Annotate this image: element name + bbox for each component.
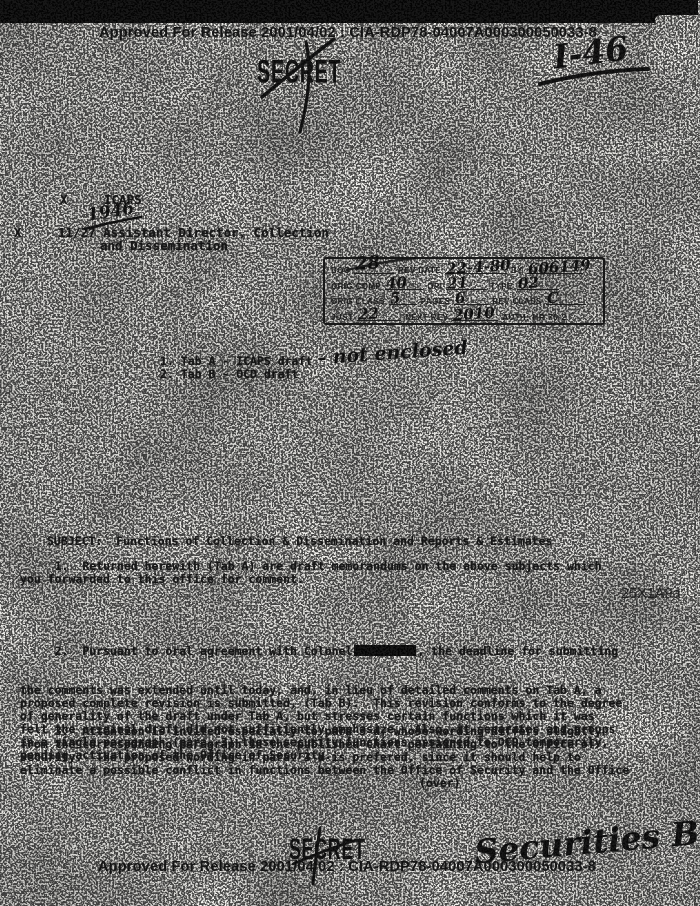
stamp-value-auth: HR 70-2: [532, 312, 566, 322]
scanner-bar-notch: [655, 15, 700, 25]
routing-checkmark-1: X: [60, 193, 68, 206]
enclosure-list: 1. Tab A - ICAPS draft 2. Tab B - OCD dr…: [160, 355, 312, 381]
stamp-line-opi: 21: [446, 279, 486, 290]
stamp-label-just: JUST: [331, 313, 353, 322]
stamp-label-auth: AUTH:: [502, 313, 529, 322]
scan-fold-line: [653, 140, 654, 840]
stamp-label-orig-comp: ORIG COMP: [331, 282, 381, 291]
stamp-label-rev-class: REV CLASS: [492, 297, 541, 306]
stamp-line-orig-class: 5: [389, 294, 417, 305]
scan-edge-line: [694, 320, 696, 906]
release-stamp-top: Approved For Release 2001/04/02 : CIA-RD…: [99, 25, 597, 41]
stamp-value-just: 22: [357, 304, 379, 323]
stamp-label-type: TYPE: [490, 282, 513, 291]
stamp-label-doc: DOC: [331, 266, 350, 275]
scanner-black-bar: [0, 0, 698, 23]
stamp-label-next-rev: NEXT REV: [405, 313, 448, 322]
stamp-line-rev-class: C: [546, 294, 586, 305]
stamp-line-doc: 28: [354, 263, 394, 274]
secret-stamp-top: SECRET: [257, 53, 341, 91]
handwritten-not-enclosed-note: - not enclosed: [317, 337, 468, 369]
stamp-row-comp: ORIG COMP 40 OPI 21 TYPE 02: [331, 278, 599, 291]
release-stamp-bottom: Approved For Release 2001/04/02 : CIA-RD…: [98, 859, 596, 875]
stamp-line-just: 22: [357, 310, 401, 321]
paragraph-2-post-redaction: , the deadline for submitting: [417, 644, 618, 658]
handwritten-file-number: I-46: [551, 29, 630, 77]
stamp-line-next-rev: 2010: [452, 310, 498, 321]
stamp-line-by: 606149: [527, 263, 583, 274]
stamp-value-orig-class: 5: [389, 289, 401, 308]
stamp-line-orig-comp: 40: [385, 279, 423, 290]
handwritten-year: 1946: [86, 198, 136, 225]
stamp-value-next-rev: 2010: [453, 304, 496, 325]
stamp-value-doc: 28: [354, 252, 380, 275]
stamp-row-just: JUST 22 NEXT REV 2010 AUTH: HR 70-2: [331, 309, 599, 322]
declass-reference: 25X1A9a: [621, 586, 681, 602]
routing-addressee-director-line2: and Dissemination: [100, 239, 228, 252]
paragraph-3: 3. Attention is invited especially to pa…: [20, 725, 640, 777]
classification-review-stamp-box: DOC 28 REV DATE 22-4-80 BY 606149 ORIG C…: [323, 257, 605, 325]
stamp-value-rev-class: C: [546, 289, 559, 308]
subject-line: SUBJECT: Functions of Collection & Disse…: [47, 535, 552, 548]
redaction-bar: [354, 645, 416, 656]
paragraph-2-line1: 2. Pursuant to oral agreement with Colon…: [20, 645, 700, 658]
stamp-label-pages: PAGES: [421, 297, 450, 306]
stamp-line-rev-date: 22-4-80: [445, 263, 507, 274]
stamp-value-type: 02: [517, 273, 539, 292]
paragraph-2-pre-redaction: 2. Pursuant to oral agreement with Colon…: [20, 644, 352, 658]
routing-checkmark-2: X: [14, 226, 22, 239]
stamp-label-opi: OPI: [427, 282, 442, 291]
paragraph-1: 1. Returned herewith (Tab A) are draft m…: [20, 560, 640, 586]
scanned-document-page: { "page": { "release_stamp": "Approved F…: [0, 0, 700, 906]
over-note: (over): [419, 777, 461, 790]
